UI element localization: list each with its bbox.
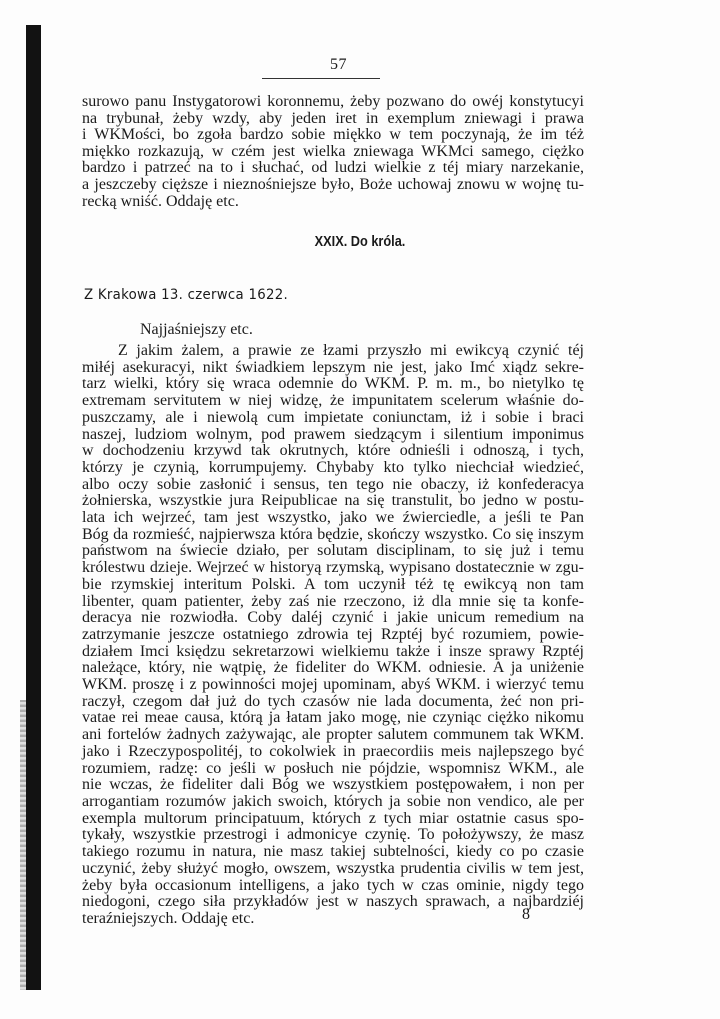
text-line: recką wniść. Oddaję etc.	[82, 194, 584, 211]
text-line: nie wczas, że fideliter dali Bóg we wszy…	[82, 777, 584, 794]
text-line: zatrzymanie jeszcze ostatniego zdrowia t…	[82, 627, 584, 644]
text-line: królestwu dzieje. Wejrzeć w historyą rzy…	[82, 560, 584, 577]
text-line: w dochodzeniu krzywd tak okrutnych, któr…	[82, 443, 584, 460]
text-line: niedogoni, czego siła przykładów jest w …	[82, 894, 584, 911]
text-line: i WKMości, bo zgoła bardzo sobie miękko …	[82, 127, 584, 144]
text-line: miłéj asekuracyi, nikt świadkiem lepszym…	[82, 360, 584, 377]
text-line: takiego rozumu in natura, nie masz takie…	[82, 844, 584, 861]
header-rule	[262, 78, 380, 79]
text-line: lata ich wejrzeć, tam jest wszystko, jak…	[82, 510, 584, 527]
text-line: ani fortelów żadnych zażywając, ale prop…	[82, 727, 584, 744]
text-line: Bóg da rozmieść, najpierwsza która będzi…	[82, 527, 584, 544]
text-line: exempla multorum principatuum, których z…	[82, 811, 584, 828]
text-line: żeby była occasionum intelligens, a jako…	[82, 878, 584, 895]
text-line: arrogantiam rozumów jakich swoich, który…	[82, 794, 584, 811]
text-line: tarz wielki, który się wraca odemnie do …	[82, 376, 584, 393]
text-line: miękko rozkazują, w czém jest wielka zni…	[82, 144, 584, 161]
text-line: raczył, czegom dał już do tych czasów ni…	[82, 694, 584, 711]
scan-binding-edge	[26, 25, 41, 990]
text-line: vatae rei meae causa, którą ja łatam jak…	[82, 710, 584, 727]
page-number-top: 57	[330, 56, 347, 74]
text-line: żołnierska, wszystkie jura Reipublicae n…	[82, 493, 584, 510]
text-line: należące, który, nie wątpię, że fidelite…	[82, 660, 584, 677]
text-line: surowo panu Instygatorowi koronnemu, żeb…	[82, 94, 584, 111]
text-line: bardzo i patrzeć na to i słuchać, od lud…	[82, 160, 584, 177]
letter-date-line: Z Krakowa 13. czerwca 1622.	[84, 287, 288, 303]
text-line: na trybunał, żeby wzdy, aby jeden iret i…	[82, 111, 584, 128]
text-line: bie rzymskiej interitum Polski. A tom uc…	[82, 577, 584, 594]
text-line: Z jakim żalem, a prawie ze łzami przyszł…	[82, 343, 584, 360]
text-line: libenter, quam patienter, żeby zaś nie r…	[82, 594, 584, 611]
text-line: albo oczy sobie zasłonić i sensus, ten t…	[82, 477, 584, 494]
text-line: tykały, wszystkie przestrogi i admonicye…	[82, 827, 584, 844]
text-line: państwom na świecie działo, per solutam …	[82, 543, 584, 560]
continued-paragraph: surowo panu Instygatorowi koronnemu, żeb…	[82, 94, 584, 210]
text-line: extremam servitutem w niej widzę, że imp…	[82, 393, 584, 410]
text-line: uczynić, żeby służyć mogło, owszem, wszy…	[82, 861, 584, 878]
letter-body: Z jakim żalem, a prawie ze łzami przyszł…	[82, 343, 584, 928]
text-line: którzy je czynią, korrumpujemy. Chybaby …	[82, 460, 584, 477]
text-line: deracya nie rozwiodła. Coby daléj czynić…	[82, 610, 584, 627]
scan-binding-speckle	[20, 700, 26, 990]
text-line: teraźniejszych. Oddaję etc.	[82, 911, 584, 928]
text-line: rozumiem, radzę: co jeśli w posłuch nie …	[82, 761, 584, 778]
text-line: naszej, ludziom wolnym, pod prawem siedz…	[82, 427, 584, 444]
text-line: a jeszczeby cięższe i nieznośniejsze był…	[82, 177, 584, 194]
text-line: działem Imci księdzu sekretarzowi wielki…	[82, 644, 584, 661]
letter-heading: XXIX. Do króla.	[54, 233, 666, 250]
text-line: jako i Rzeczypospolitéj, to cokolwiek in…	[82, 744, 584, 761]
text-line: puszczamy, ale i niewolą cum impietate c…	[82, 410, 584, 427]
signature-mark: 8	[522, 906, 530, 924]
text-line: WKM. proszę i z powinności mojej upomina…	[82, 677, 584, 694]
letter-salutation: Najjaśniejszy etc.	[140, 321, 253, 339]
